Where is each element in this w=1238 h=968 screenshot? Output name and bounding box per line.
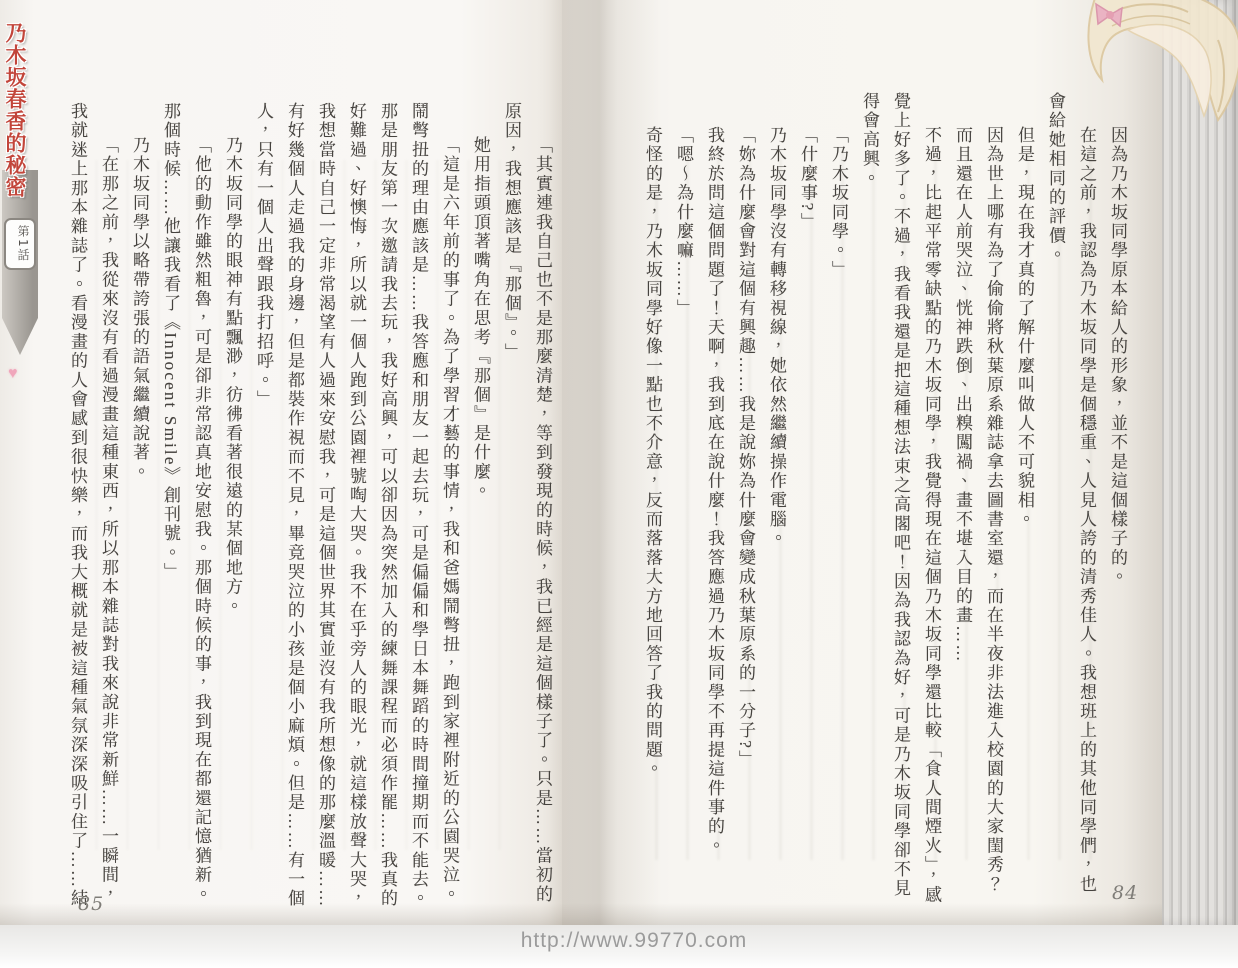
paragraph: 她用指頭頂著嘴角在思考『那個』是什麼。 [465,102,496,917]
paragraph: 但是，現在我才真的了解什麼叫做人不可貌相。 [1009,92,1040,910]
paragraph: 「嗯～為什麼嘛……」 [668,92,699,910]
chapter-tag: 第1話 [4,218,36,270]
paragraph: 乃木坂同學以略帶誇張的語氣繼續說著。 [124,102,155,917]
spine-logo: 乃木坂春香的秘密 第1話 ♥ [0,20,48,440]
watermark-url: http://www.99770.com [30,929,1238,953]
paragraph: 「什麼事?」 [792,92,823,910]
paragraph: 而且還在人前哭泣、恍神跌倒、出糗闖禍、畫不堪入目的畫…… [947,92,978,910]
spine-title: 乃木坂春香的秘密 [0,22,30,198]
paragraph: 乃木坂同學的眼神有點飄渺，彷彿看著很遠的某個地方。 [217,102,248,917]
paragraph: 奇怪的是，乃木坂同學好像一點也不介意，反而落落大方地回答了我的問題。 [637,92,668,910]
paragraph: 「其實連我自己也不是那麼清楚，等到發現的時候，我已經是這個樣子了。只是……當初的… [496,102,558,917]
paragraph: 不過，比起平常零缺點的乃木坂同學，我覺得現在這個乃木坂同學還比較「食人間煙火」，… [854,92,947,910]
paragraph: 「妳為什麼會對這個有興趣……我是說妳為什麼會變成秋葉原系的一分子?」 [730,92,761,910]
paragraph: 「這是六年前的事了。為了學習才藝的事情，我和爸媽鬧彆扭，跑到家裡附近的公園哭泣。… [248,102,465,917]
paragraph: 「在那之前，我從來沒有看過漫畫這種東西，所以那本雜誌對我來說非常新鮮……一瞬間，… [62,102,124,917]
paragraph: 「乃木坂同學。」 [823,92,854,910]
paragraph: 在這之前，我認為乃木坂同學是個穩重、人見人誇的清秀佳人。我想班上的其他同學們，也… [1040,92,1102,910]
paragraph: 因為世上哪有為了偷偷將秋葉原系雜誌拿去圖書室還，而在半夜非法進入校園的大家閨秀？ [978,92,1009,910]
page-number-84: 84 [1112,882,1138,904]
book-fore-edge [1162,0,1238,925]
page-84-text: 因為乃木坂同學原本給人的形象，並不是這個樣子的。在這之前，我認為乃木坂同學是個穩… [585,92,1133,910]
paragraph: 「他的動作雖然粗魯，可是卻非常認真地安慰我。那個時候的事，我到現在都還記憶猶新。… [155,102,217,917]
paragraph: 我終於問這個問題了！天啊，我到底在說什麼！我答應過乃木坂同學不再提這件事的。 [699,92,730,910]
paragraph: 乃木坂同學沒有轉移視線，她依然繼續操作電腦。 [761,92,792,910]
book-shadow [0,903,1162,927]
page-85-text: 「其實連我自己也不是那麼清楚，等到發現的時候，我已經是這個樣子了。只是……當初的… [36,102,558,917]
anime-girl-illustration [1068,0,1238,134]
paragraph: 因為乃木坂同學原本給人的形象，並不是這個樣子的。 [1102,92,1133,910]
heart-icon: ♥ [8,365,18,383]
